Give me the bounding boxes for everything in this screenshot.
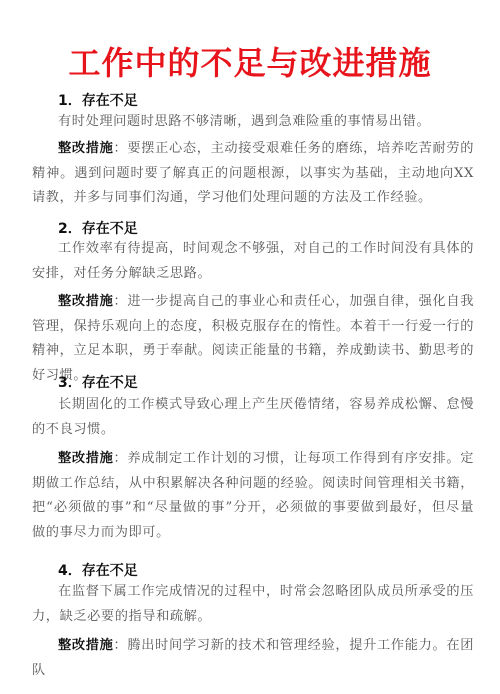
- measure-label: 整改措施: [58, 451, 113, 466]
- measure-label: 整改措施: [58, 294, 113, 309]
- section-4-measure: 整改措施：腾出时间学习新的技术和管理经验，提升工作能力。在团队: [32, 634, 474, 683]
- section-2-problem: 工作效率有待提高，时间观念不够强，对自己的工作时间没有具体的安排，对任务分解缺乏…: [32, 237, 474, 286]
- section-1-heading: 1．存在不足: [58, 90, 138, 110]
- section-1-measure: 整改措施：要摆正心态，主动接受艰难任务的磨练，培养吃苦耐劳的精神。遇到问题时要了…: [32, 137, 474, 211]
- measure-label: 整改措施: [58, 638, 113, 653]
- page-title: 工作中的不足与改进措施: [0, 38, 500, 84]
- section-4-heading: 4．存在不足: [58, 560, 138, 580]
- section-3-measure: 整改措施：养成制定工作计划的习惯，让每项工作得到有序安排。定期做工作总结，从中积…: [32, 447, 474, 545]
- section-2-heading: 2．存在不足: [58, 218, 138, 238]
- section-3-heading: 3．存在不足: [58, 372, 138, 392]
- measure-label: 整改措施: [58, 141, 113, 156]
- section-1-problem: 有时处理问题时思路不够清晰，遇到急难险重的事情易出错。: [32, 110, 474, 135]
- section-3-problem: 长期固化的工作模式导致心理上产生厌倦情绪，容易养成松懈、怠慢的不良习惯。: [32, 393, 474, 442]
- section-4-problem: 在监督下属工作完成情况的过程中，时常会忽略团队成员所承受的压力，缺乏必要的指导和…: [32, 580, 474, 629]
